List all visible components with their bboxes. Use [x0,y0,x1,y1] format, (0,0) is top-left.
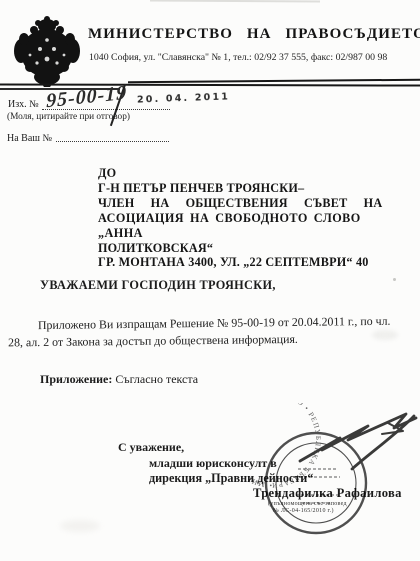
quote-when-replying-note: (Моля, цитирайте при отговор) [7,112,130,122]
stamp-arc-label: • МИНИСТЕРСТВО НА ПРАВОСЪДИЕТО • РЕПУБЛИ… [248,403,322,489]
ministry-address-line: 1040 София, ул. "Славянска" № 1, тел.: 0… [89,52,387,63]
attachment-line: Приложение: Съгласно текста [40,372,198,387]
attachment-value: Съгласно текста [115,372,198,386]
date-stamp: 20. 04. 2011 [137,91,230,105]
attachment-label: Приложение: [40,372,112,386]
your-ref-dotted-line [56,127,169,142]
salutation: УВАЖАЕМИ ГОСПОДИН ТРОЯНСКИ, [40,278,276,293]
scan-artifact-streak [150,0,320,2]
addressee-line: ПОЛИТКОВСКАЯ“ [98,241,395,256]
addressee-line: Г-Н ПЕТЪР ПЕНЧЕВ ТРОЯНСКИ– [98,181,395,196]
addressee-line: ЧЛЕН НА ОБЩЕСТВЕНИЯ СЪВЕТ НА [98,196,395,211]
addressee-block: ДО Г-Н ПЕТЪР ПЕНЧЕВ ТРОЯНСКИ– ЧЛЕН НА ОБ… [98,166,395,270]
body-line: 28, ал. 2 от Закона за достъп до обществ… [8,330,406,352]
body-paragraph: Приложено Ви изпращам Решение № 95-00-19… [8,313,406,352]
round-ink-stamp: • МИНИСТЕРСТВО НА ПРАВОСЪДИЕТО • РЕПУБЛИ… [248,403,420,545]
outgoing-number-label: Изх. № [8,99,39,110]
coat-of-arms-emblem [10,15,84,87]
closing-phrase: С уважение, [118,440,184,455]
scan-speck [393,278,396,281]
addressee-line: АСОЦИАЦИЯ НА СВОБОДНОТО СЛОВО „АННА [98,211,395,241]
scan-blotch [60,520,100,532]
addressee-line: ГР. МОНТАНА 3400, УЛ. „22 СЕПТЕМВРИ“ 40 [98,255,395,270]
your-ref-label: На Ваш № [7,133,52,144]
scanned-letter-page: МИНИСТЕРСТВО НА ПРАВОСЪДИЕТО 1040 София,… [0,0,420,561]
ministry-title: МИНИСТЕРСТВО НА ПРАВОСЪДИЕТО [88,26,420,43]
addressee-line: ДО [98,166,395,181]
